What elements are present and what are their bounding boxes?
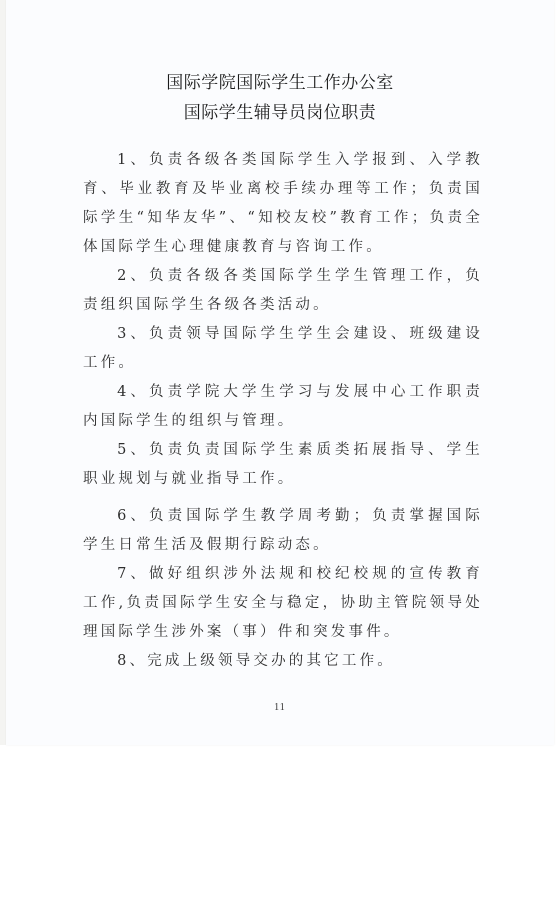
document-title: 国际学院国际学生工作办公室 — [0, 69, 560, 97]
duty-item-4: 4、负责学院大学生学习与发展中心工作职责内国际学生的组织与管理。 — [83, 378, 483, 436]
duty-item-2: 2、负责各级各类国际学生学生管理工作，负责组织国际学生各级各类活动。 — [83, 262, 483, 320]
document-body: 1、负责各级各类国际学生入学报到、入学教育、毕业教育及毕业离校手续办理等工作；负… — [83, 146, 483, 676]
duty-item-1: 1、负责各级各类国际学生入学报到、入学教育、毕业教育及毕业离校手续办理等工作；负… — [83, 146, 483, 262]
duty-item-3: 3、负责领导国际学生学生会建设、班级建设工作。 — [83, 320, 483, 378]
page-number: 11 — [0, 702, 560, 713]
duty-item-5: 5、负责负责国际学生素质类拓展指导、学生职业规划与就业指导工作。 — [83, 436, 483, 494]
duty-item-8: 8、完成上级领导交办的其它工作。 — [83, 647, 483, 676]
document-subtitle: 国际学生辅导员岗位职责 — [0, 99, 560, 127]
duty-item-6: 6、负责国际学生教学周考勤；负责掌握国际学生日常生活及假期行踪动态。 — [83, 502, 483, 560]
document-header: 国际学院国际学生工作办公室 国际学生辅导员岗位职责 — [0, 69, 560, 127]
duty-item-7: 7、做好组织涉外法规和校纪校规的宣传教育工作,负责国际学生安全与稳定，协助主管院… — [83, 560, 483, 647]
